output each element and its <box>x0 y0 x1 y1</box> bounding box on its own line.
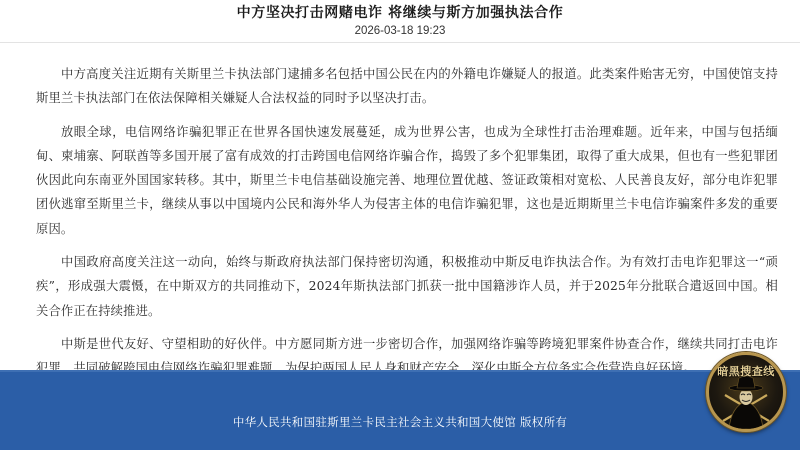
publish-date: 2026-03-18 19:23 <box>0 24 800 38</box>
article-header: 中方坚决打击网赌电诈 将继续与斯方加强执法合作 2026-03-18 19:23 <box>0 0 800 43</box>
paragraph-2: 放眼全球，电信网络诈骗犯罪正在世界各国快速发展蔓延，成为世界公害，也成为全球性打… <box>36 120 778 241</box>
paragraph-1: 中方高度关注近期有关斯里兰卡执法部门逮捕多名包括中国公民在内的外籍电诈嫌疑人的报… <box>36 62 778 111</box>
article-body: 中方高度关注近期有关斯里兰卡执法部门逮捕多名包括中国公民在内的外籍电诈嫌疑人的报… <box>36 62 778 390</box>
watermark-badge: 暗黑搜查线 <box>706 352 786 432</box>
copyright-text: 中华人民共和国驻斯里兰卡民主社会主义共和国大使馆 版权所有 <box>0 415 800 429</box>
page-footer: 中华人民共和国驻斯里兰卡民主社会主义共和国大使馆 版权所有 <box>0 370 800 450</box>
article-title: 中方坚决打击网赌电诈 将继续与斯方加强执法合作 <box>0 4 800 22</box>
paragraph-3: 中国政府高度关注这一动向，始终与斯政府执法部门保持密切沟通，积极推动中斯反电诈执… <box>36 250 778 323</box>
badge-label: 暗黑搜查线 <box>709 363 783 379</box>
